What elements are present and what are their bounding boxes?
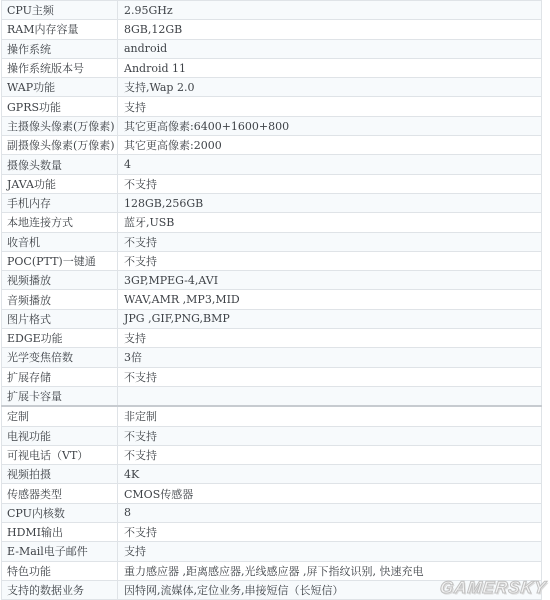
table-row: CPU主频2.95GHz	[2, 1, 542, 20]
spec-label: 收音机	[2, 232, 118, 251]
spec-label: 操作系统	[2, 39, 118, 58]
spec-value: WAV,AMR ,MP3,MID	[118, 290, 542, 309]
table-row: 副摄像头像素(万像素)其它更高像素:2000	[2, 136, 542, 155]
spec-label: EDGE功能	[2, 329, 118, 348]
spec-value: 4	[118, 155, 542, 174]
table-row: 图片格式JPG ,GIF,PNG,BMP	[2, 309, 542, 328]
spec-value: 不支持	[118, 426, 542, 445]
table-row: POC(PTT)一键通不支持	[2, 251, 542, 270]
spec-value: Android 11	[118, 58, 542, 77]
table-row: WAP功能支持,Wap 2.0	[2, 78, 542, 97]
spec-label: 摄像头数量	[2, 155, 118, 174]
spec-value: CMOS传感器	[118, 484, 542, 503]
spec-value: 不支持	[118, 251, 542, 270]
spec-value: 支持	[118, 542, 542, 561]
spec-label: 音频播放	[2, 290, 118, 309]
spec-label: 手机内存	[2, 193, 118, 212]
table-row: 音频播放WAV,AMR ,MP3,MID	[2, 290, 542, 309]
spec-value: 支持,Wap 2.0	[118, 78, 542, 97]
spec-value: 支持	[118, 329, 542, 348]
spec-label: WAP功能	[2, 78, 118, 97]
spec-label: 本地连接方式	[2, 213, 118, 232]
spec-label: E-Mail电子邮件	[2, 542, 118, 561]
spec-value	[118, 386, 542, 406]
spec-value: 8	[118, 503, 542, 522]
table-row: HDMI输出不支持	[2, 523, 542, 542]
table-row: 电视功能不支持	[2, 426, 542, 445]
spec-value: 不支持	[118, 367, 542, 386]
spec-label: 电视功能	[2, 426, 118, 445]
spec-value: 128GB,256GB	[118, 193, 542, 212]
spec-label: 支持的数据业务	[2, 580, 118, 599]
spec-label: 图片格式	[2, 309, 118, 328]
spec-label: RAM内存容量	[2, 20, 118, 39]
table-row: 操作系统版本号Android 11	[2, 58, 542, 77]
spec-label: CPU主频	[2, 1, 118, 20]
spec-label: 操作系统版本号	[2, 58, 118, 77]
spec-label: 光学变焦倍数	[2, 348, 118, 367]
spec-value: android	[118, 39, 542, 58]
spec-label: 传感器类型	[2, 484, 118, 503]
spec-value: 不支持	[118, 523, 542, 542]
spec-value: 不支持	[118, 174, 542, 193]
spec-label: 主摄像头像素(万像素)	[2, 116, 118, 135]
spec-label: POC(PTT)一键通	[2, 251, 118, 270]
spec-value: 3GP,MPEG-4,AVI	[118, 271, 542, 290]
spec-label: CPU内核数	[2, 503, 118, 522]
spec-table-body: CPU主频2.95GHzRAM内存容量8GB,12GB操作系统android操作…	[2, 1, 542, 600]
table-row: E-Mail电子邮件支持	[2, 542, 542, 561]
table-row: 光学变焦倍数3倍	[2, 348, 542, 367]
table-row: 手机内存128GB,256GB	[2, 193, 542, 212]
spec-label: 扩展存储	[2, 367, 118, 386]
spec-table: CPU主频2.95GHzRAM内存容量8GB,12GB操作系统android操作…	[1, 0, 542, 600]
spec-value: 不支持	[118, 232, 542, 251]
spec-value: JPG ,GIF,PNG,BMP	[118, 309, 542, 328]
table-row: 扩展卡容量	[2, 386, 542, 406]
spec-label: 扩展卡容量	[2, 386, 118, 406]
spec-label: 视频播放	[2, 271, 118, 290]
table-row: EDGE功能支持	[2, 329, 542, 348]
spec-value: 3倍	[118, 348, 542, 367]
table-row: CPU内核数8	[2, 503, 542, 522]
gamersky-watermark: GAMERSKY	[439, 578, 547, 598]
table-row: 视频播放3GP,MPEG-4,AVI	[2, 271, 542, 290]
spec-value: 支持	[118, 97, 542, 116]
spec-label: 特色功能	[2, 561, 118, 580]
spec-value: 蓝牙,USB	[118, 213, 542, 232]
spec-label: GPRS功能	[2, 97, 118, 116]
spec-label: 可视电话（VT）	[2, 445, 118, 464]
table-row: 定制非定制	[2, 406, 542, 426]
table-row: 可视电话（VT）不支持	[2, 445, 542, 464]
spec-value: 不支持	[118, 445, 542, 464]
table-row: 本地连接方式蓝牙,USB	[2, 213, 542, 232]
spec-label: 定制	[2, 406, 118, 426]
spec-value: 8GB,12GB	[118, 20, 542, 39]
table-row: 传感器类型CMOS传感器	[2, 484, 542, 503]
spec-label: 副摄像头像素(万像素)	[2, 136, 118, 155]
table-row: 主摄像头像素(万像素)其它更高像素:6400+1600+800	[2, 116, 542, 135]
spec-value: 非定制	[118, 406, 542, 426]
table-row: GPRS功能支持	[2, 97, 542, 116]
table-row: JAVA功能不支持	[2, 174, 542, 193]
spec-label: HDMI输出	[2, 523, 118, 542]
table-row: 收音机不支持	[2, 232, 542, 251]
spec-value: 4K	[118, 465, 542, 484]
spec-value: 其它更高像素:2000	[118, 136, 542, 155]
table-row: 操作系统android	[2, 39, 542, 58]
table-row: 扩展存储不支持	[2, 367, 542, 386]
table-row: RAM内存容量8GB,12GB	[2, 20, 542, 39]
spec-value: 2.95GHz	[118, 1, 542, 20]
table-row: 摄像头数量4	[2, 155, 542, 174]
spec-label: 视频拍摄	[2, 465, 118, 484]
table-row: 视频拍摄4K	[2, 465, 542, 484]
spec-value: 其它更高像素:6400+1600+800	[118, 116, 542, 135]
spec-label: JAVA功能	[2, 174, 118, 193]
